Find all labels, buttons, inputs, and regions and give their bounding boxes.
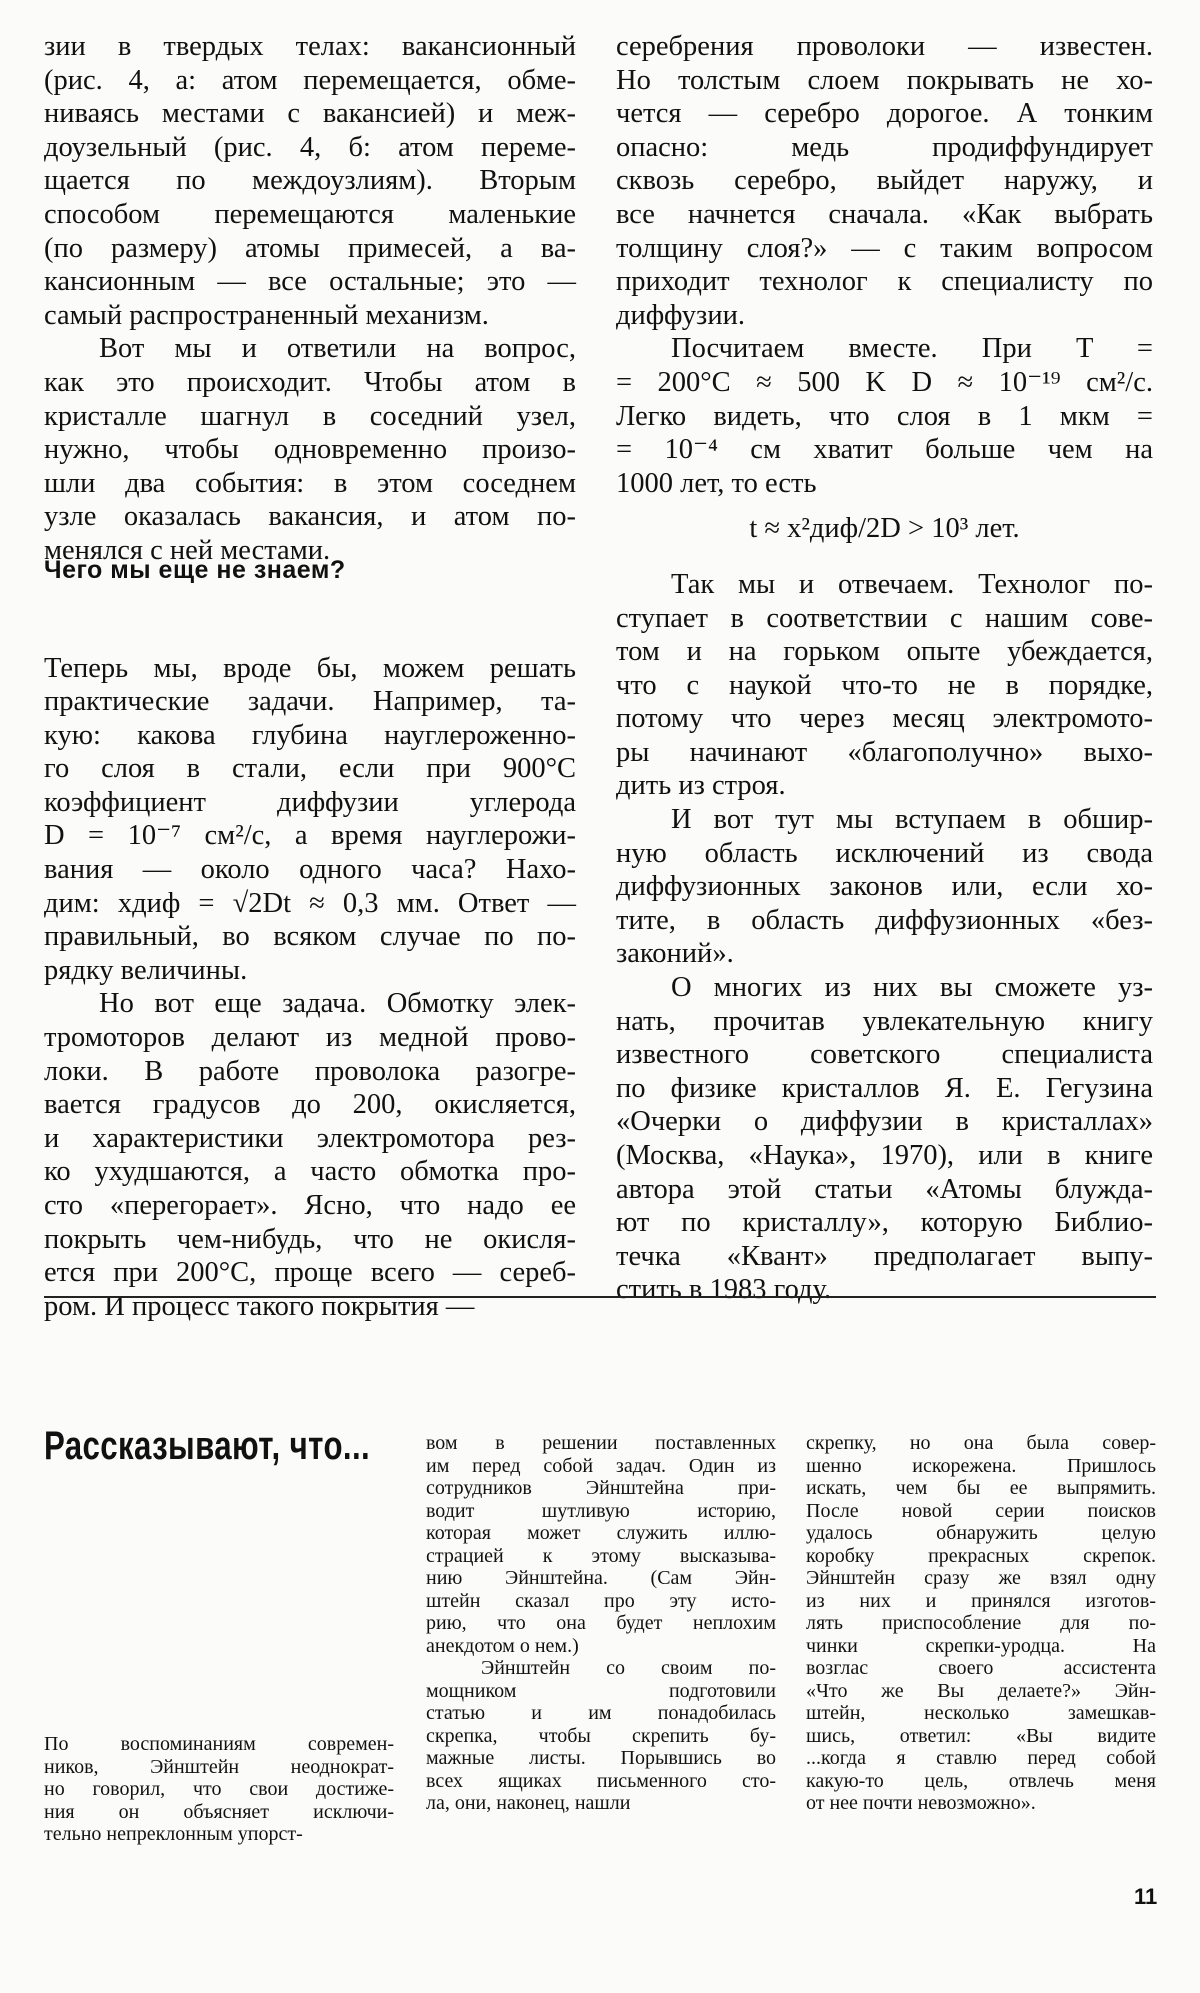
text-line: от нее почти невозможно». — [806, 1792, 1156, 1815]
text-line: тельно непреклонным упорст- — [44, 1823, 394, 1846]
paragraph: Посчитаем вместе. При T == 200°C ≈ 500 K… — [616, 332, 1153, 500]
text-line: способом перемещаются маленькие — [44, 198, 576, 232]
text-line: тите, в область диффузионных «без- — [616, 904, 1153, 938]
text-line: го слоя в стали, если при 900°C — [44, 752, 576, 786]
text-line: которая может служить иллю- — [426, 1522, 776, 1545]
paragraph: Теперь мы, вроде бы, можем решатьпрактич… — [44, 652, 576, 988]
article-column-right: серебрения проволоки — известен.Но толст… — [616, 30, 1153, 1307]
text-line: чинки скрепки-уродца. На — [806, 1635, 1156, 1658]
text-line: Так мы и отвечаем. Технолог по- — [616, 568, 1153, 602]
text-line: искать, чем бы ее выпрямить. — [806, 1477, 1156, 1500]
text-line: самый распространенный механизм. — [44, 299, 576, 333]
text-line: кристалле шагнул в соседний узел, — [44, 400, 576, 434]
text-line: дить из строя. — [616, 769, 1153, 803]
text-line: стить в 1983 году. — [616, 1273, 1153, 1307]
text-line: всех ящиках письменного сто- — [426, 1770, 776, 1793]
text-line: опасно: медь продиффундирует — [616, 131, 1153, 165]
sidebar-column-1: По воспоминаниям современ-ников, Эйнштей… — [44, 1733, 394, 1846]
text-line: штейн, несколько замешкав- — [806, 1702, 1156, 1725]
text-line: ют по кристаллу», которую Библио- — [616, 1206, 1153, 1240]
text-line: ную область исключений из свода — [616, 837, 1153, 871]
text-line: нию Эйнштейна. (Сам Эйн- — [426, 1567, 776, 1590]
section-divider — [44, 1296, 1156, 1298]
text-line: Эйнштейн со своим по- — [426, 1657, 776, 1680]
text-line: Теперь мы, вроде бы, можем решать — [44, 652, 576, 686]
text-line: им перед собой задач. Один из — [426, 1455, 776, 1478]
section-heading: Чего мы еще не знаем? — [44, 556, 346, 585]
text-line: ниваясь местами с вакансией) и меж- — [44, 97, 576, 131]
text-line: правильный, во всяком случае по по- — [44, 920, 576, 954]
text-line: чется — серебро дорогое. А тонким — [616, 97, 1153, 131]
text-line: шенно искорежена. Пришлось — [806, 1455, 1156, 1478]
text-line: статью и им понадобилась — [426, 1702, 776, 1725]
text-line: какую-то цель, отвлечь меня — [806, 1770, 1156, 1793]
text-line: из них и принялся изготов- — [806, 1590, 1156, 1613]
paragraph: серебрения проволоки — известен.Но толст… — [616, 30, 1153, 332]
text-line: коэффициент диффузии углерода — [44, 786, 576, 820]
text-line: рядку величины. — [44, 954, 576, 988]
text-line: Но вот еще задача. Обмотку элек- — [44, 987, 576, 1021]
paragraph: Эйнштейн со своим по-мощником подготовил… — [426, 1657, 776, 1815]
text-line: тромоторов делают из медной прово- — [44, 1021, 576, 1055]
text-line: и характеристики электромотора рез- — [44, 1122, 576, 1156]
text-line: «Очерки о диффузии в кристаллах» — [616, 1105, 1153, 1139]
text-line: И вот тут мы вступаем в обшир- — [616, 803, 1153, 837]
text-line: кансионным — все остальные; это — — [44, 265, 576, 299]
text-line: нужно, чтобы одновременно произо- — [44, 433, 576, 467]
text-line: = 10⁻⁴ см хватит больше чем на — [616, 433, 1153, 467]
text-line: по физике кристаллов Я. Е. Гегузина — [616, 1072, 1153, 1106]
text-line: автора этой статьи «Атомы блужда- — [616, 1173, 1153, 1207]
text-line: О многих из них вы сможете уз- — [616, 971, 1153, 1005]
text-line: шись, ответил: «Вы видите — [806, 1725, 1156, 1748]
text-line: локи. В работе проволока разогре- — [44, 1055, 576, 1089]
text-line: течка «Квант» предполагает выпу- — [616, 1240, 1153, 1274]
text-line: сотрудников Эйнштейна при- — [426, 1477, 776, 1500]
text-line: как это происходит. Чтобы атом в — [44, 366, 576, 400]
sidebar-column-2: вом в решении поставленныхим перед собой… — [426, 1432, 776, 1815]
text-line: что с наукой что-то не в порядке, — [616, 669, 1153, 703]
text-line: Эйнштейн сразу же взял одну — [806, 1567, 1156, 1590]
text-line: (Москва, «Наука», 1970), или в книге — [616, 1139, 1153, 1173]
text-line: вом в решении поставленных — [426, 1432, 776, 1455]
paragraph: зии в твердых телах: вакансионный(рис. 4… — [44, 30, 576, 332]
text-line: сквозь серебро, выйдет наружу, и — [616, 164, 1153, 198]
text-line: возглас своего ассистента — [806, 1657, 1156, 1680]
text-line: сто «перегорает». Ясно, что надо ее — [44, 1189, 576, 1223]
text-line: практические задачи. Например, та- — [44, 685, 576, 719]
text-line: (рис. 4, а: атом перемещается, обме- — [44, 64, 576, 98]
text-line: приходит технолог к специалисту по — [616, 265, 1153, 299]
text-line: известного советского специалиста — [616, 1038, 1153, 1072]
text-line: 1000 лет, то есть — [616, 467, 1153, 501]
text-line: зии в твердых телах: вакансионный — [44, 30, 576, 64]
text-line: щается по междоузлиям). Вторым — [44, 164, 576, 198]
formula: t ≈ x²диф/2D > 10³ лет. — [616, 512, 1153, 546]
text-line: покрыть чем-нибудь, что не окисля- — [44, 1223, 576, 1257]
sidebar-title: Рассказывают, что... — [44, 1424, 370, 1469]
article-column-left: зии в твердых телах: вакансионный(рис. 4… — [44, 30, 576, 1323]
paragraph: скрепку, но она была совер-шенно искореж… — [806, 1432, 1156, 1815]
text-line: штейн сказал про эту исто- — [426, 1590, 776, 1613]
paragraph: И вот тут мы вступаем в обшир-ную област… — [616, 803, 1153, 971]
text-line: скрепка, чтобы скрепить бу- — [426, 1725, 776, 1748]
text-line: но говорил, что свои достиже- — [44, 1778, 394, 1801]
text-line: мажные листы. Порывшись во — [426, 1747, 776, 1770]
text-line: шли два события: в этом соседнем — [44, 467, 576, 501]
text-line: страцией к этому высказыва- — [426, 1545, 776, 1568]
text-line: нать, прочитав увлекательную книгу — [616, 1005, 1153, 1039]
text-line: ется при 200°C, проще всего — сереб- — [44, 1256, 576, 1290]
paragraph: О многих из них вы сможете уз-нать, проч… — [616, 971, 1153, 1307]
text-line: ...когда я ставлю перед собой — [806, 1747, 1156, 1770]
text-line: = 200°C ≈ 500 K D ≈ 10⁻¹⁹ см²/с. — [616, 366, 1153, 400]
text-line: После новой серии поисков — [806, 1500, 1156, 1523]
text-line: Но толстым слоем покрывать не хо- — [616, 64, 1153, 98]
text-line: Вот мы и ответили на вопрос, — [44, 332, 576, 366]
paragraph: Вот мы и ответили на вопрос,как это прои… — [44, 332, 576, 567]
text-line: диффузии. — [616, 299, 1153, 333]
paragraph: Но вот еще задача. Обмотку элек-тромотор… — [44, 987, 576, 1323]
text-line: ры начинают «благополучно» выхо- — [616, 736, 1153, 770]
text-line: кую: какова глубина науглероженно- — [44, 719, 576, 753]
text-line: удалось обнаружить целую — [806, 1522, 1156, 1545]
text-line: серебрения проволоки — известен. — [616, 30, 1153, 64]
sidebar-column-3: скрепку, но она была совер-шенно искореж… — [806, 1432, 1156, 1815]
text-line: ла, они, наконец, нашли — [426, 1792, 776, 1815]
text-line: законий». — [616, 937, 1153, 971]
text-line: (по размеру) атомы примесей, а ва- — [44, 232, 576, 266]
text-line: По воспоминаниям современ- — [44, 1733, 394, 1756]
text-line: скрепку, но она была совер- — [806, 1432, 1156, 1455]
text-line: анекдотом о нем.) — [426, 1635, 776, 1658]
text-line: ния он объясняет исключи- — [44, 1801, 394, 1824]
text-line: мощником подготовили — [426, 1680, 776, 1703]
text-line: Легко видеть, что слоя в 1 мкм = — [616, 400, 1153, 434]
text-line: дим: xдиф = √2Dt ≈ 0,3 мм. Ответ — — [44, 887, 576, 921]
text-line: толщину слоя?» — с таким вопросом — [616, 232, 1153, 266]
text-line: диффузионных законов или, если хо- — [616, 870, 1153, 904]
text-line: D = 10⁻⁷ см²/с, а время науглерожи- — [44, 819, 576, 853]
page-number: 11 — [1134, 1884, 1157, 1910]
text-line: том и на горьком опыте убеждается, — [616, 635, 1153, 669]
text-line: рию, что она будет неплохим — [426, 1612, 776, 1635]
text-line: ступает в соответствии с нашим сове- — [616, 602, 1153, 636]
text-line: все начнется сначала. «Как выбрать — [616, 198, 1153, 232]
paragraph: По воспоминаниям современ-ников, Эйнштей… — [44, 1733, 394, 1846]
text-line: ников, Эйнштейн неоднократ- — [44, 1756, 394, 1779]
text-line: лять приспособление для по- — [806, 1612, 1156, 1635]
text-line: «Что же Вы делаете?» Эйн- — [806, 1680, 1156, 1703]
text-line: вания — около одного часа? Нахо- — [44, 853, 576, 887]
text-line: узле оказалась вакансия, и атом по- — [44, 500, 576, 534]
text-line: Посчитаем вместе. При T = — [616, 332, 1153, 366]
text-line: доузельный (рис. 4, б: атом переме- — [44, 131, 576, 165]
text-line: ром. И процесс такого покрытия — — [44, 1290, 576, 1324]
text-line: потому что через месяц электромото- — [616, 702, 1153, 736]
text-line: вается градусов до 200, окисляется, — [44, 1088, 576, 1122]
text-line: ко ухудшаются, а часто обмотка про- — [44, 1155, 576, 1189]
paragraph: Так мы и отвечаем. Технолог по-ступает в… — [616, 568, 1153, 803]
text-line: коробку прекрасных скрепок. — [806, 1545, 1156, 1568]
text-line: водит шутливую историю, — [426, 1500, 776, 1523]
paragraph: вом в решении поставленныхим перед собой… — [426, 1432, 776, 1657]
